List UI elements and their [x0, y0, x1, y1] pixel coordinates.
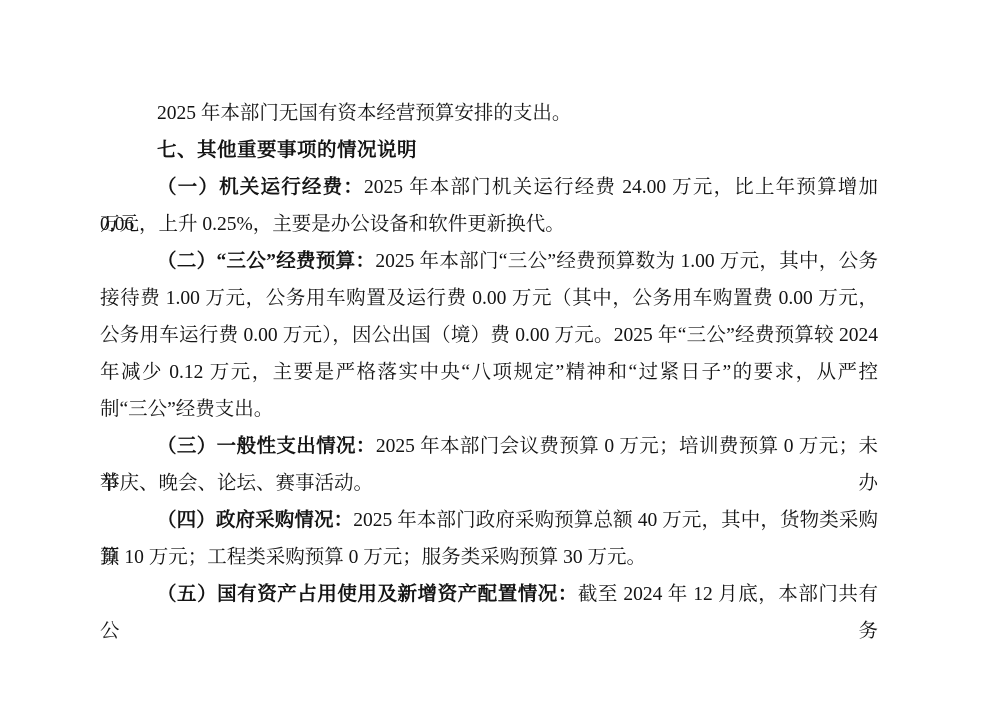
heading-text: 七、其他重要事项的情况说明	[157, 140, 417, 161]
doc-line-operating-funds-1: （一）机关运行经费：2025 年本部门机关运行经费 24.00 万元，比上年预算…	[100, 169, 878, 206]
line-text: 万元，上升 0.25%，主要是办公设备和软件更新换代。	[100, 214, 565, 235]
doc-line-three-public-2: 接待费 1.00 万元，公务用车购置及运行费 0.00 万元（其中，公务用车购置…	[100, 280, 878, 317]
doc-line-operating-funds-2: 万元，上升 0.25%，主要是办公设备和软件更新换代。	[100, 206, 878, 243]
doc-line-three-public-3: 公务用车运行费 0.00 万元），因公出国（境）费 0.00 万元。2025 年…	[100, 317, 878, 354]
line-lead: （三）一般性支出情况：	[157, 436, 376, 457]
line-text: 算 10 万元；工程类采购预算 0 万元；服务类采购预算 30 万元。	[100, 547, 646, 568]
document-text-block: 2025 年本部门无国有资本经营预算安排的支出。 七、其他重要事项的情况说明 （…	[100, 95, 878, 613]
line-lead: （一）机关运行经费：	[157, 177, 364, 198]
line-text: 制“三公”经费支出。	[100, 399, 273, 420]
line-text: 公务用车运行费 0.00 万元），因公出国（境）费 0.00 万元。2025 年…	[100, 325, 878, 346]
doc-line-three-public-4: 年减少 0.12 万元，主要是严格落实中央“八项规定”精神和“过紧日子”的要求，…	[100, 354, 878, 391]
line-text: 年减少 0.12 万元，主要是严格落实中央“八项规定”精神和“过紧日子”的要求，…	[100, 362, 878, 383]
line-text: 2025 年本部门无国有资本经营预算安排的支出。	[157, 103, 571, 124]
line-text: 节庆、晚会、论坛、赛事活动。	[100, 473, 373, 494]
line-text: 2025 年本部门“三公”经费预算数为 1.00 万元，其中，公务	[375, 251, 878, 272]
document-page: 2025 年本部门无国有资本经营预算安排的支出。 七、其他重要事项的情况说明 （…	[0, 0, 1000, 706]
doc-line-procurement-1: （四）政府采购情况：2025 年本部门政府采购预算总额 40 万元，其中，货物类…	[100, 502, 878, 539]
doc-line-state-assets-1: （五）国有资产占用使用及新增资产配置情况：截至 2024 年 12 月底，本部门…	[100, 576, 878, 613]
section-heading-other-important-matters: 七、其他重要事项的情况说明	[100, 132, 878, 169]
line-lead: （五）国有资产占用使用及新增资产配置情况：	[157, 584, 578, 605]
doc-line-no-soe-expenditure: 2025 年本部门无国有资本经营预算安排的支出。	[100, 95, 878, 132]
doc-line-procurement-2: 算 10 万元；工程类采购预算 0 万元；服务类采购预算 30 万元。	[100, 539, 878, 576]
line-lead: （二）“三公”经费预算：	[157, 251, 375, 272]
line-text: 接待费 1.00 万元，公务用车购置及运行费 0.00 万元（其中，公务用车购置…	[100, 288, 878, 309]
doc-line-three-public-1: （二）“三公”经费预算：2025 年本部门“三公”经费预算数为 1.00 万元，…	[100, 243, 878, 280]
doc-line-general-expenditure-1: （三）一般性支出情况：2025 年本部门会议费预算 0 万元；培训费预算 0 万…	[100, 428, 878, 465]
doc-line-three-public-5: 制“三公”经费支出。	[100, 391, 878, 428]
line-lead: （四）政府采购情况：	[157, 510, 353, 531]
